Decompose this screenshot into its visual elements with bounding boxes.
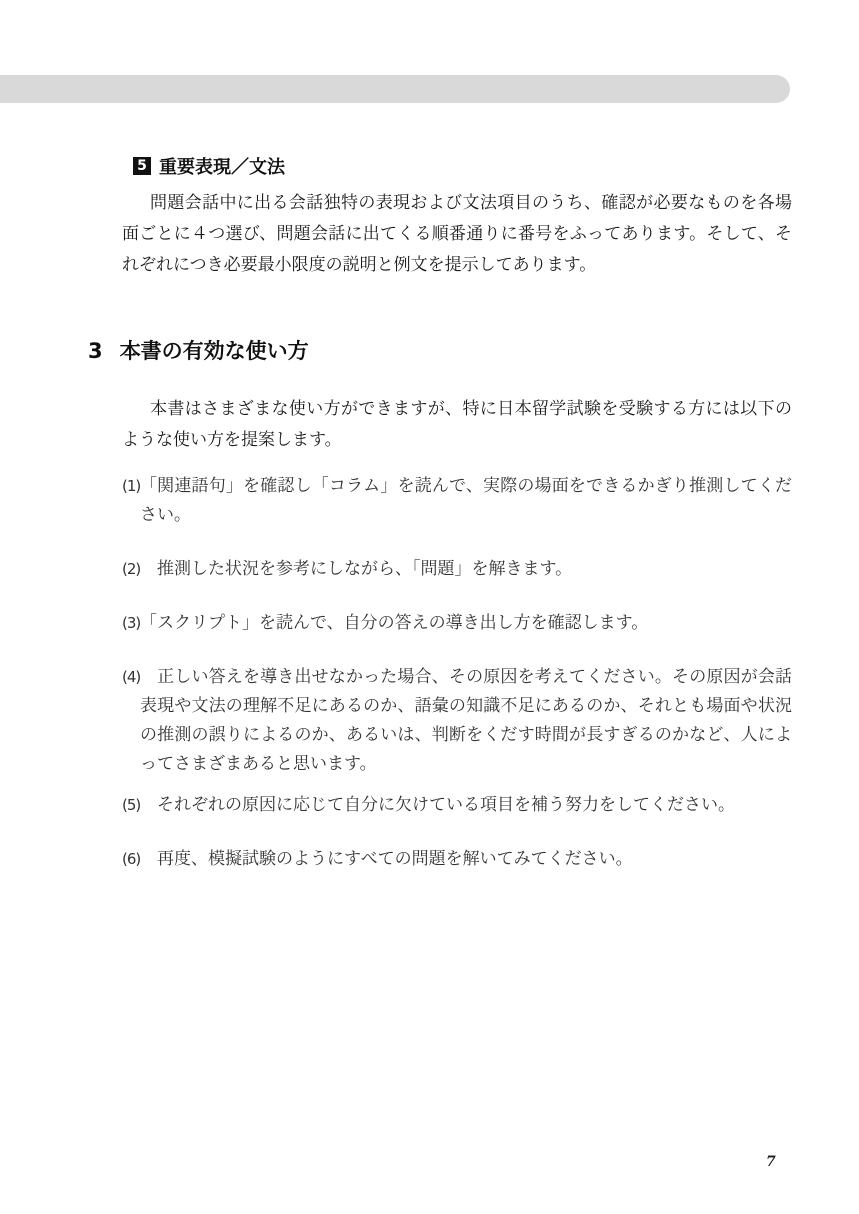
- section5-title: 重要表現／文法: [159, 153, 285, 179]
- list-item: (3) 「スクリプト」を読んで、自分の答えの導き出し方を確認します。: [122, 609, 792, 638]
- list-item: (6) 再度、模擬試験のようにすべての問題を解いてみてください。: [122, 845, 792, 874]
- page-number: 7: [766, 1154, 776, 1170]
- list-item: (1) 「関連語句」を確認し「コラム」を読んで、実際の場面をできるかぎり推測して…: [122, 472, 792, 530]
- top-divider-bar: [0, 75, 790, 103]
- item-number: (1): [122, 472, 140, 501]
- usage-steps-list: (1) 「関連語句」を確認し「コラム」を読んで、実際の場面をできるかぎり推測して…: [122, 472, 792, 874]
- section3-title: 本書の有効な使い方: [120, 336, 309, 366]
- item-number: (4): [122, 663, 140, 692]
- item-text: 再度、模擬試験のようにすべての問題を解いてみてください。: [140, 845, 792, 874]
- section3-number: 3: [88, 336, 103, 366]
- section5-number-badge: 5: [133, 157, 151, 175]
- document-page: 5 重要表現／文法 問題会話中に出る会話独特の表現および文法項目のうち、確認が必…: [0, 0, 859, 1214]
- item-number: (5): [122, 791, 140, 820]
- section3-intro-paragraph: 本書はさまざまな使い方ができますが、特に日本留学試験を受験する方には以下のような…: [122, 394, 792, 456]
- item-number: (6): [122, 845, 140, 874]
- section5-heading: 5 重要表現／文法: [122, 154, 792, 178]
- page-content: 5 重要表現／文法 問題会話中に出る会話独特の表現および文法項目のうち、確認が必…: [122, 154, 792, 899]
- item-number: (2): [122, 555, 140, 584]
- list-item: (4) 正しい答えを導き出せなかった場合、その原因を考えてください。その原因が会…: [122, 663, 792, 779]
- item-number: (3): [122, 609, 140, 638]
- list-item: (2) 推測した状況を参考にしながら、「問題」を解きます。: [122, 555, 792, 584]
- item-text: 正しい答えを導き出せなかった場合、その原因を考えてください。その原因が会話表現や…: [140, 663, 792, 779]
- item-text: 推測した状況を参考にしながら、「問題」を解きます。: [140, 555, 792, 584]
- item-text: それぞれの原因に応じて自分に欠けている項目を補う努力をしてください。: [140, 791, 792, 820]
- section3-heading: 3 本書の有効な使い方: [88, 336, 792, 366]
- item-text: 「関連語句」を確認し「コラム」を読んで、実際の場面をできるかぎり推測してください…: [140, 472, 792, 530]
- list-item: (5) それぞれの原因に応じて自分に欠けている項目を補う努力をしてください。: [122, 791, 792, 820]
- section5-body-paragraph: 問題会話中に出る会話独特の表現および文法項目のうち、確認が必要なものを各場面ごと…: [122, 188, 792, 281]
- item-text: 「スクリプト」を読んで、自分の答えの導き出し方を確認します。: [140, 609, 792, 638]
